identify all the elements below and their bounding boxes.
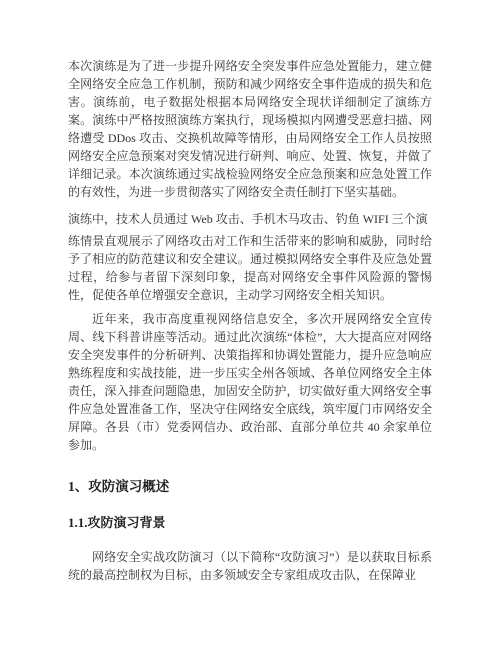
section-heading-overview: 1、攻防演习概述	[68, 478, 432, 496]
paragraph-scenario-effects: 练情景直观展示了网络攻击对工作和生活带来的影响和威胁，同时给予了相应的防范建议和…	[68, 232, 432, 304]
subsection-heading-background: 1.1.攻防演习背景	[68, 514, 432, 532]
paragraph-attack-scenarios: 演练中，技术人员通过 Web 攻击、手机木马攻击、钓鱼 WIFI 三个演	[68, 210, 432, 228]
paragraph-drill-background: 网络安全实战攻防演习（以下简称“攻防演习”）是以获取目标系统的最高控制权为目标，…	[68, 548, 432, 584]
document-page: 本次演练是为了进一步提升网络安全突发事件应急处置能力，建立健全网络安全应急工作机…	[0, 0, 500, 647]
paragraph-drill-purpose: 本次演练是为了进一步提升网络安全突发事件应急处置能力，建立健全网络安全应急工作机…	[68, 57, 432, 201]
paragraph-city-efforts: 近年来，我市高度重视网络信息安全，多次开展网络安全宣传周、线下科普讲座等活动。通…	[68, 310, 432, 454]
